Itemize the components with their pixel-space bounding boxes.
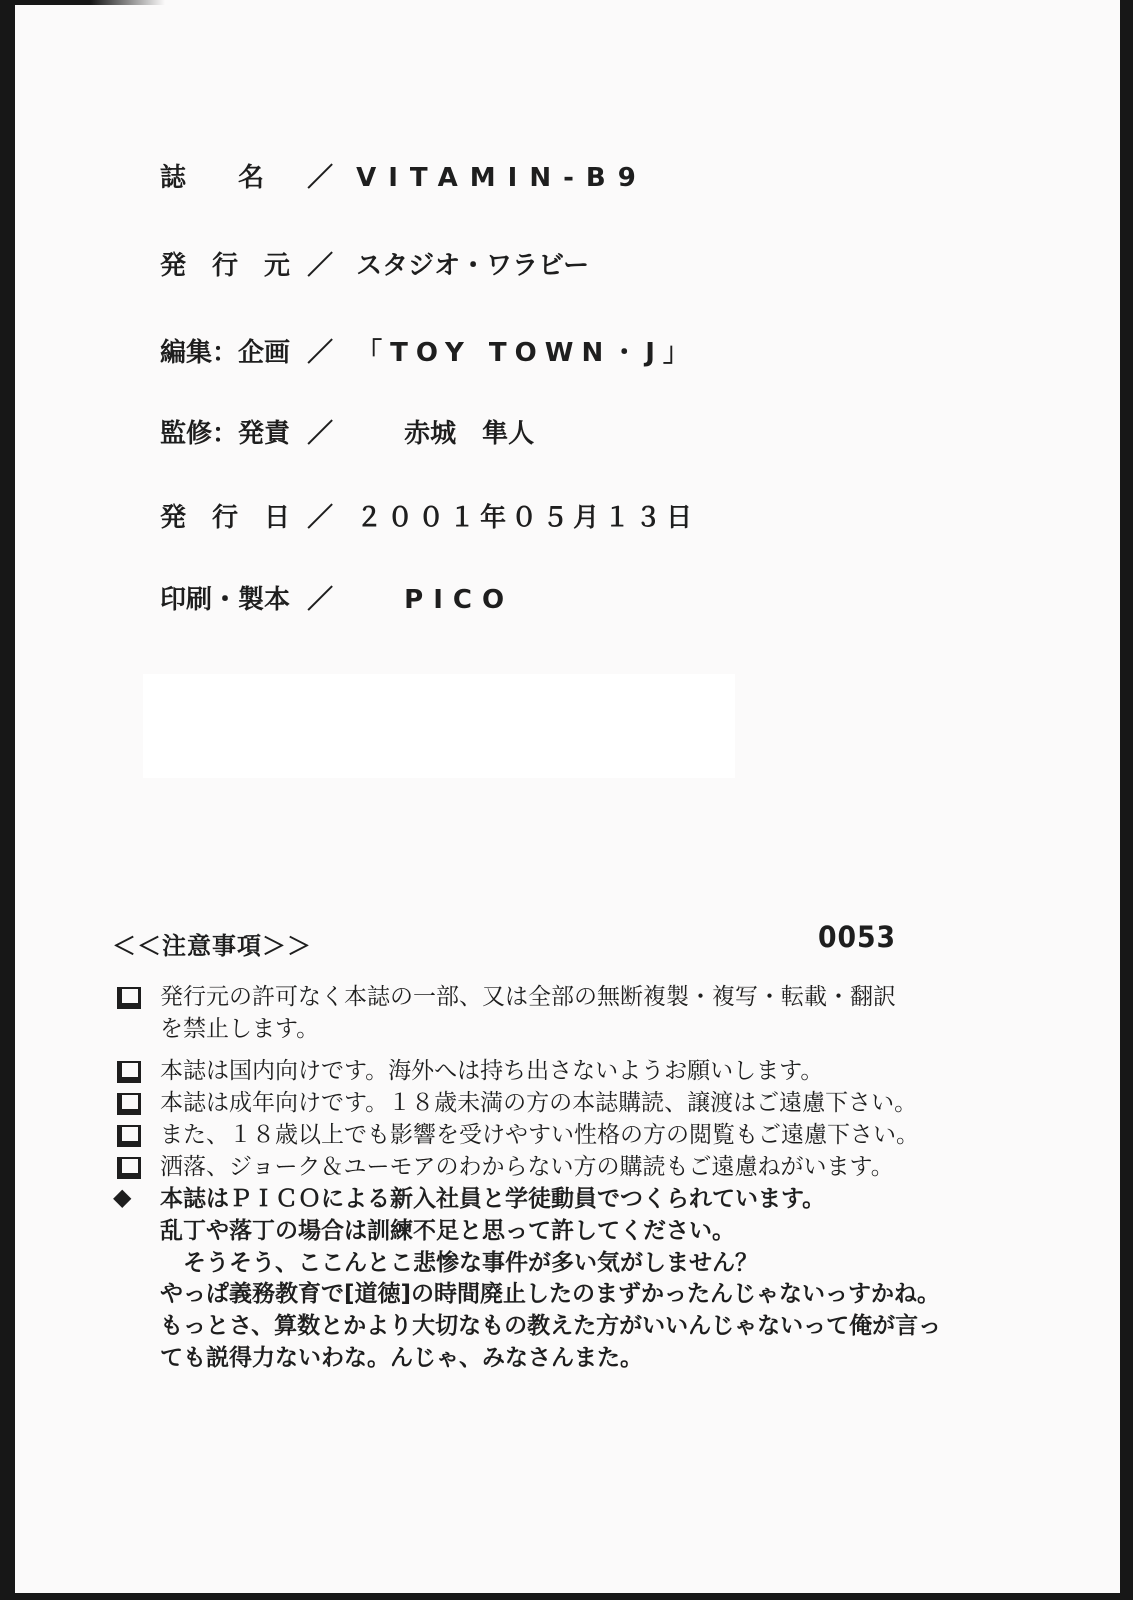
slash-separator: ／ bbox=[307, 163, 333, 193]
scan-border-left bbox=[0, 0, 15, 1600]
colophon-value-supervisor: 赤城 隼人 bbox=[404, 419, 534, 449]
notice-line: 本誌はＰＩＣＯによる新入社員と学徒動員でつくられています。 bbox=[160, 1185, 825, 1213]
slash-separator: ／ bbox=[307, 503, 333, 533]
redacted-address-area bbox=[143, 674, 735, 778]
notice-line: 発行元の許可なく本誌の一部、又は全部の無断複製・複写・転載・翻訳 bbox=[160, 983, 896, 1011]
scan-border-top bbox=[0, 0, 165, 5]
checkbox-bullet-icon bbox=[117, 1125, 141, 1147]
notice-line: ても説得力ないわな。んじゃ、みなさんまた。 bbox=[160, 1344, 643, 1372]
colophon-label: 監修：発責 bbox=[160, 419, 292, 449]
notice-line: を禁止します。 bbox=[160, 1015, 319, 1043]
notice-heading: ＜＜注意事項＞＞ bbox=[112, 926, 312, 961]
colophon-label: 発 行 元 bbox=[160, 251, 292, 281]
scanned-colophon-page: 誌 名 ／ VITAMIN-B9 発 行 元 ／ スタジオ・ワラビー 編集：企画… bbox=[0, 0, 1133, 1600]
notice-line: 本誌は国内向けです。海外へは持ち出さないようお願いします。 bbox=[160, 1057, 823, 1085]
colophon-value-publisher: スタジオ・ワラビー bbox=[356, 251, 589, 281]
scan-border-bottom bbox=[0, 1593, 1133, 1600]
colophon-row-title: 誌 名 ／ VITAMIN-B9 bbox=[160, 163, 648, 193]
colophon-row-date: 発 行 日 ／ ２００１年０５月１３日 bbox=[160, 503, 697, 533]
checkbox-bullet-icon bbox=[117, 1093, 141, 1115]
colophon-label: 誌 名 bbox=[160, 163, 292, 193]
colophon-label: 印刷・製本 bbox=[160, 585, 292, 615]
notice-line: もっとさ、算数とかより大切なもの教えた方がいいんじゃないって俺が言っ bbox=[160, 1312, 941, 1340]
colophon-row-editing: 編集：企画 ／ 「TOY TOWN・J」 bbox=[160, 338, 697, 368]
colophon-value-printer: PICO bbox=[404, 585, 514, 615]
notice-line: 洒落、ジョーク＆ユーモアのわからない方の購読もご遠慮ねがいます。 bbox=[160, 1153, 894, 1181]
colophon-value-title: VITAMIN-B9 bbox=[356, 163, 648, 193]
notice-line: やっぱ義務教育で[道徳]の時間廃止したのまずかったんじゃないっすかね。 bbox=[160, 1280, 940, 1308]
notice-line: 乱丁や落丁の場合は訓練不足と思って許してください。 bbox=[160, 1217, 735, 1245]
checkbox-bullet-icon bbox=[117, 1157, 141, 1179]
checkbox-bullet-icon bbox=[117, 987, 141, 1009]
slash-separator: ／ bbox=[307, 419, 333, 449]
colophon-label: 発 行 日 bbox=[160, 503, 292, 533]
notice-line: 本誌は成年向けです。１８歳未満の方の本誌購読、譲渡はご遠慮下さい。 bbox=[160, 1089, 917, 1117]
scan-border-right bbox=[1120, 0, 1133, 1600]
slash-separator: ／ bbox=[307, 251, 333, 281]
colophon-value-editing: 「TOY TOWN・J」 bbox=[356, 338, 697, 368]
slash-separator: ／ bbox=[307, 338, 333, 368]
notice-line: また、１８歳以上でも影響を受けやすい性格の方の閲覧もご遠慮下さい。 bbox=[160, 1121, 919, 1149]
colophon-row-publisher: 発 行 元 ／ スタジオ・ワラビー bbox=[160, 251, 589, 281]
colophon-row-printer: 印刷・製本 ／ PICO bbox=[160, 585, 514, 615]
diamond-bullet-icon: ◆ bbox=[113, 1185, 131, 1209]
notice-line: そうそう、ここんとこ悲惨な事件が多い気がしません？ bbox=[160, 1249, 758, 1277]
colophon-label: 編集：企画 bbox=[160, 338, 292, 368]
slash-separator: ／ bbox=[307, 585, 333, 615]
checkbox-bullet-icon bbox=[117, 1061, 141, 1083]
colophon-value-date: ２００１年０５月１３日 bbox=[356, 503, 697, 533]
colophon-row-supervisor: 監修：発責 ／ 赤城 隼人 bbox=[160, 419, 534, 449]
page-number: 0053 bbox=[818, 920, 896, 954]
